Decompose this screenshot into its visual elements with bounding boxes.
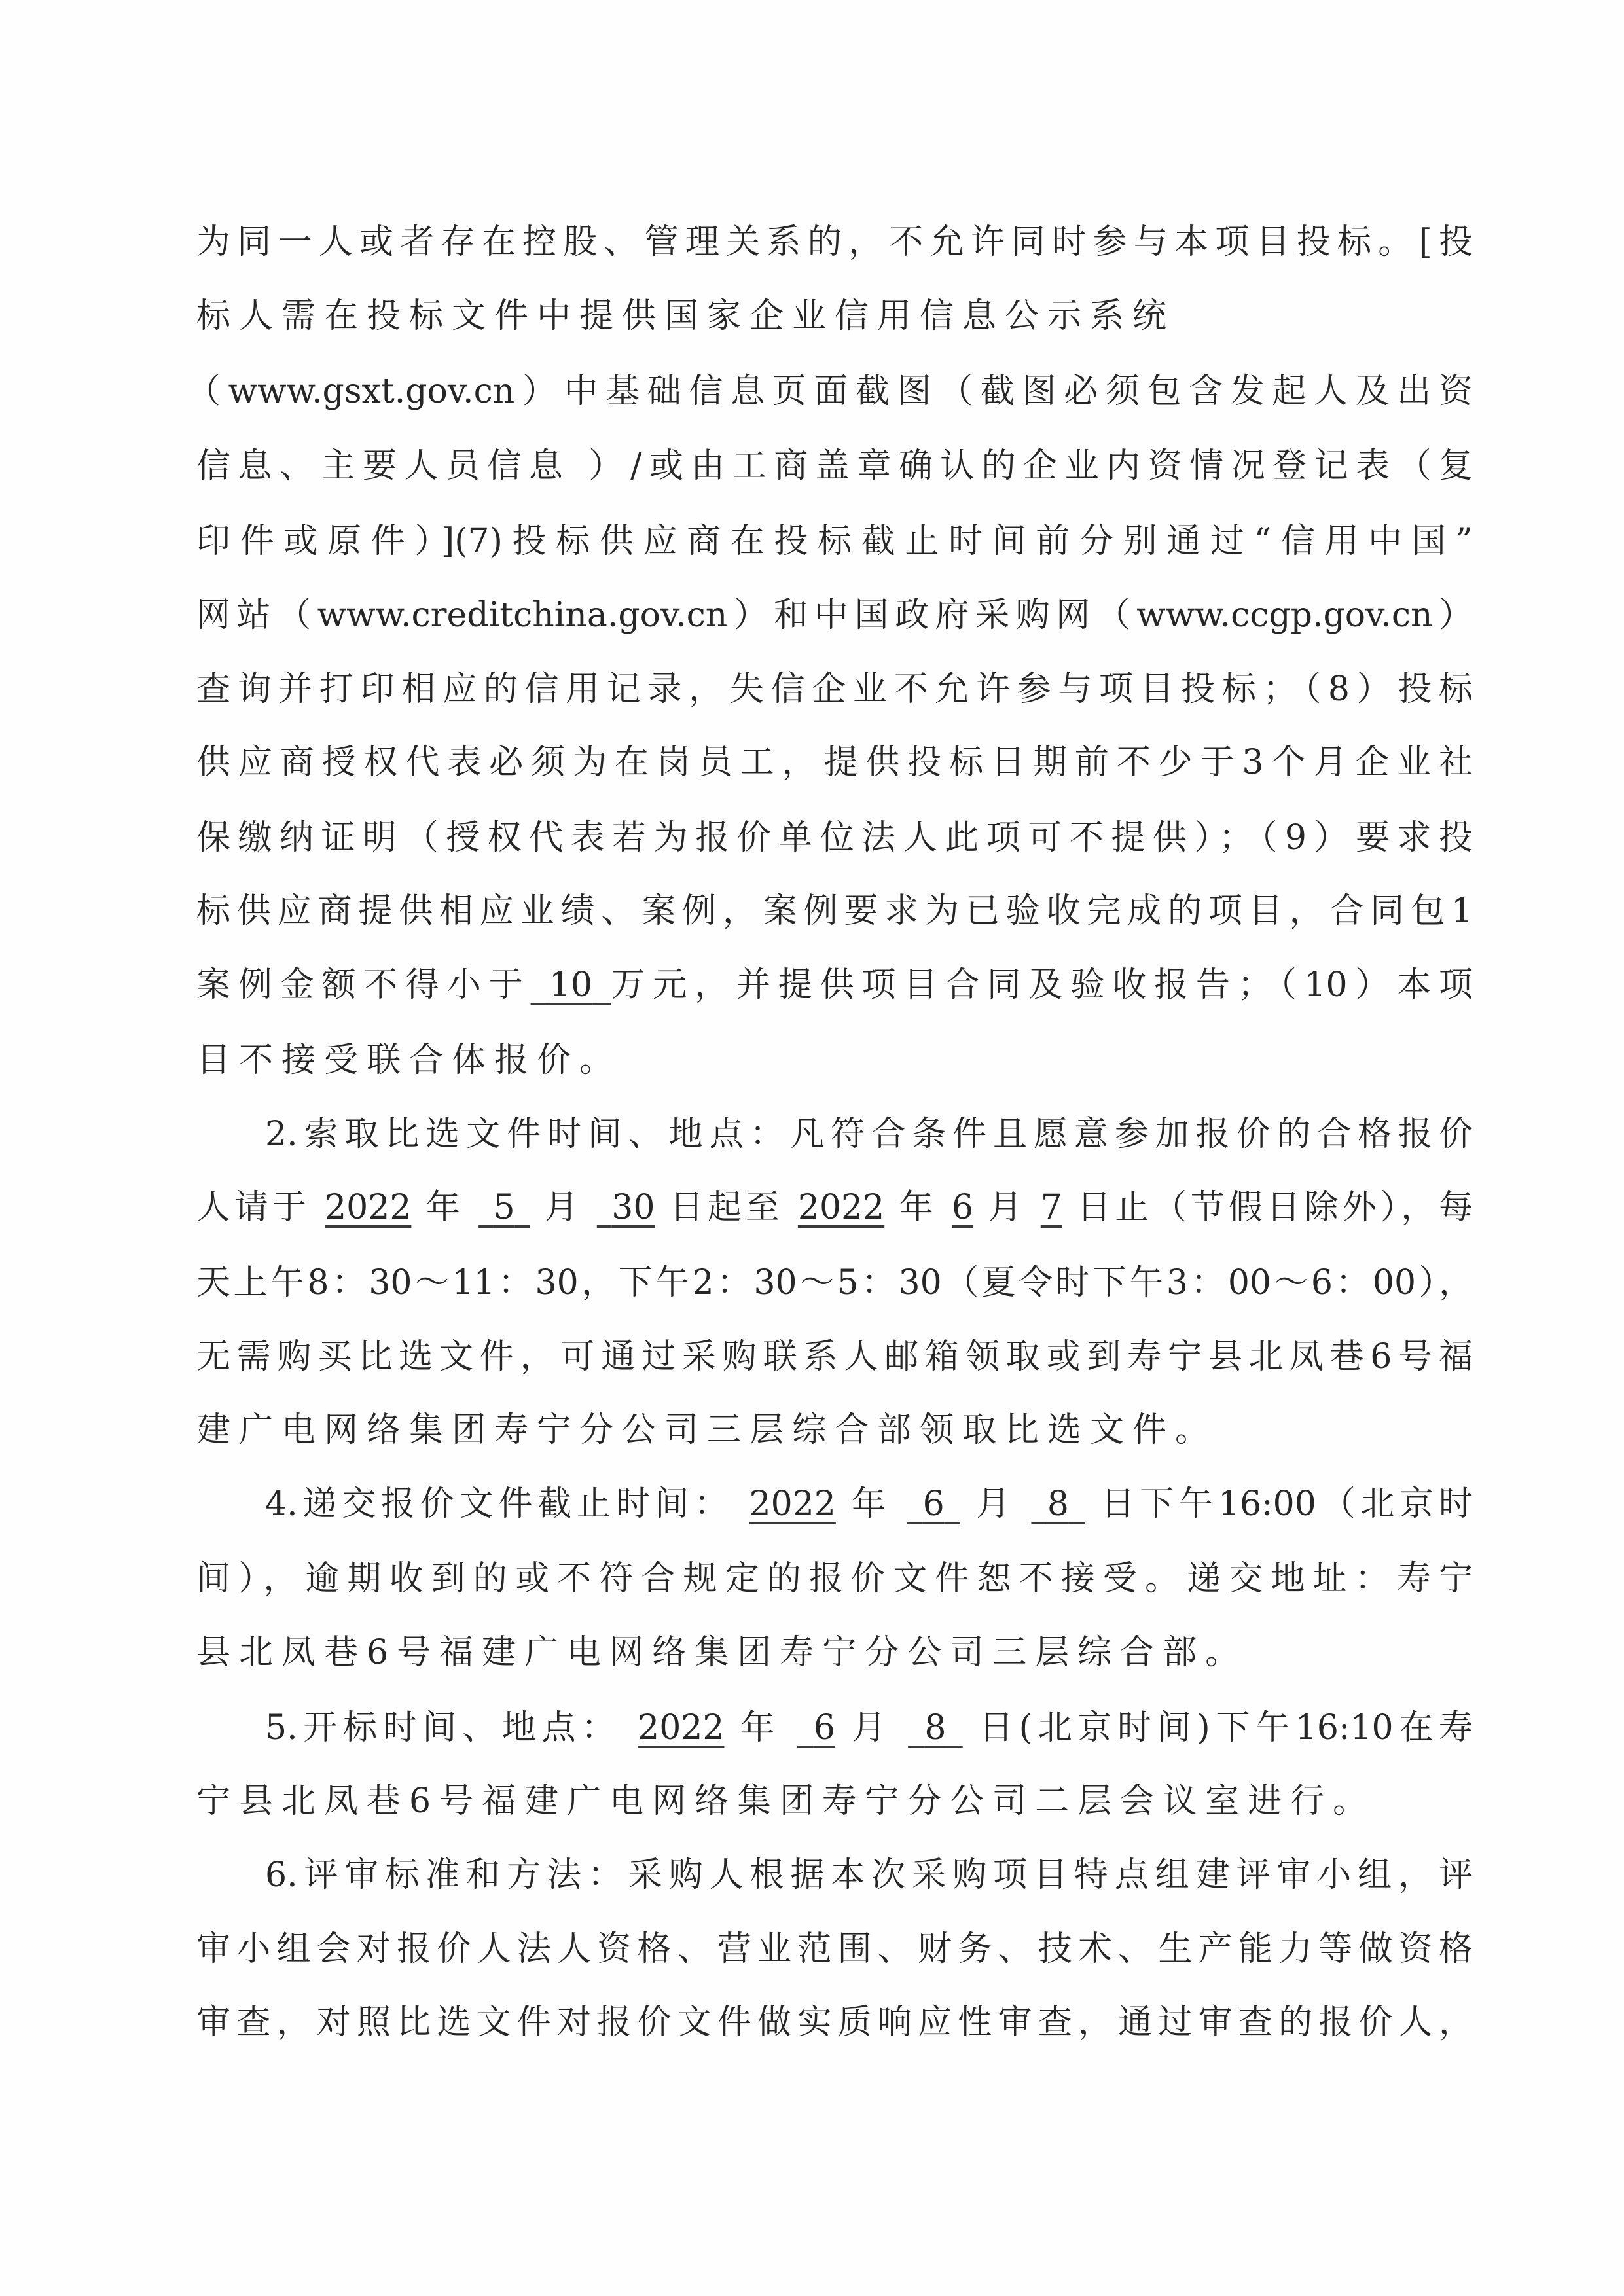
start-day-value: 30 xyxy=(597,1188,655,1227)
text-segment: 月 xyxy=(988,1188,1026,1227)
section-4-line: 间），逾期收到的或不符合规定的报价文件恕不接受。递交地址：寿宁 xyxy=(196,1552,1473,1605)
text-segment: 年 xyxy=(852,1484,891,1524)
text-segment: 月 xyxy=(852,1708,892,1748)
opening-year-value: 2022 xyxy=(638,1708,724,1748)
section-6-heading-line: 6.评审标准和方法：采购人根据本次采购项目特点组建评审小组，评 xyxy=(265,1849,1473,1901)
body-line-url-gsxt: （www.gsxt.gov.cn）中基础信息页面截图（截图必须包含发起人及出资 xyxy=(187,365,1473,418)
start-year-value: 2022 xyxy=(325,1188,411,1227)
text-segment: 日(北京时间)下午16:10在寿 xyxy=(979,1708,1473,1748)
body-line: 标供应商提供相应业绩、案例，案例要求为已验收完成的项目，合同包1 xyxy=(196,885,1473,937)
end-day-value: 7 xyxy=(1041,1188,1062,1227)
section-4-line: 县北凤巷6号福建广电网络集团寿宁分公司三层综合部。 xyxy=(196,1626,1473,1679)
body-line: 目不接受联合体报价。 xyxy=(196,1034,1473,1086)
section-2-line: 无需购买比选文件，可通过采购联系人邮箱领取或到寿宁县北凤巷6号福 xyxy=(196,1331,1473,1383)
opening-day-value: 8 xyxy=(908,1708,963,1748)
text-segment: 4.递交报价文件截止时间： xyxy=(265,1484,733,1524)
section-5-line: 宁县北凤巷6号福建广电网络集团寿宁分公司二层会议室进行。 xyxy=(196,1775,1473,1827)
section-2-hours-line: 天上午8：30～11：30，下午2：30～5：30（夏令时下午3：00～6：00… xyxy=(196,1257,1473,1309)
text-segment: 日起至 xyxy=(670,1188,784,1227)
end-month-value: 6 xyxy=(952,1188,973,1227)
text-segment: 案例金额不得小于 xyxy=(196,965,531,1005)
section-6-line: 审查，对照比选文件对报价文件做实质响应性审查，通过审查的报价人， xyxy=(196,1996,1473,2049)
body-line: 供应商授权代表必须为在岗员工，提供投标日期前不少于3个月企业社 xyxy=(196,736,1473,789)
text-segment: 年 xyxy=(899,1188,937,1227)
text-segment: 5.开标时间、地点： xyxy=(265,1708,621,1748)
document-page: 为同一人或者存在控股、管理关系的，不允许同时参与本项目投标。[投 标人需在投标文… xyxy=(0,0,1624,2296)
body-line: 查询并打印相应的信用记录，失信企业不允许参与项目投标；（8）投标 xyxy=(196,663,1473,715)
text-segment: 日下午16:00（北京时 xyxy=(1101,1484,1473,1524)
body-line: 为同一人或者存在控股、管理关系的，不允许同时参与本项目投标。[投 xyxy=(196,216,1473,268)
opening-month-value: 6 xyxy=(797,1708,835,1748)
body-line: 保缴纳证明（授权代表若为报价单位法人此项可不提供）；（9）要求投 xyxy=(196,812,1473,864)
text-segment: 月 xyxy=(976,1484,1015,1524)
text-segment: 年 xyxy=(741,1708,781,1748)
case-amount-value: 10 xyxy=(531,965,611,1005)
deadline-year-value: 2022 xyxy=(749,1484,835,1524)
body-line-url-creditchina-ccgp: 网站（www.creditchina.gov.cn）和中国政府采购网（www.c… xyxy=(196,589,1473,641)
section-2-heading-line: 2.索取比选文件时间、地点：凡符合条件且愿意参加报价的合格报价 xyxy=(265,1108,1473,1160)
section-4-deadline-line: 4.递交报价文件截止时间： 2022 年 6 月 8 日下午16:00（北京时 xyxy=(265,1478,1473,1530)
text-segment: 万元，并提供项目合同及验收报告；（10）本项 xyxy=(611,965,1473,1005)
deadline-month-value: 6 xyxy=(907,1484,960,1524)
body-line: 信息、主要人员信息 ）/或由工商盖章确认的企业内资情况登记表（复 xyxy=(196,440,1473,492)
start-month-value: 5 xyxy=(478,1188,530,1227)
section-6-line: 审小组会对报价人法人资格、营业范围、财务、技术、生产能力等做资格 xyxy=(196,1923,1473,1975)
deadline-day-value: 8 xyxy=(1031,1484,1085,1524)
text-segment: 日止（节假日除外），每 xyxy=(1077,1188,1473,1227)
body-line: 标人需在投标文件中提供国家企业信用信息公示系统 xyxy=(196,290,1473,342)
section-2-line: 建广电网络集团寿宁分公司三层综合部领取比选文件。 xyxy=(196,1404,1473,1456)
body-line: 印件或原件）](7)投标供应商在投标截止时间前分别通过“信用中国” xyxy=(196,515,1473,567)
section-2-dates-line: 人请于 2022 年 5 月 30 日起至 2022 年 6 月 7 日止（节假… xyxy=(196,1181,1473,1234)
body-line-case-amount: 案例金额不得小于 10 万元，并提供项目合同及验收报告；（10）本项 xyxy=(196,959,1473,1011)
section-5-opening-line: 5.开标时间、地点： 2022 年 6 月 8 日(北京时间)下午16:10在寿 xyxy=(265,1702,1473,1754)
end-year-value: 2022 xyxy=(798,1188,884,1227)
text-segment: 人请于 xyxy=(196,1188,310,1227)
text-segment: 月 xyxy=(545,1188,583,1227)
text-segment: 年 xyxy=(426,1188,464,1227)
